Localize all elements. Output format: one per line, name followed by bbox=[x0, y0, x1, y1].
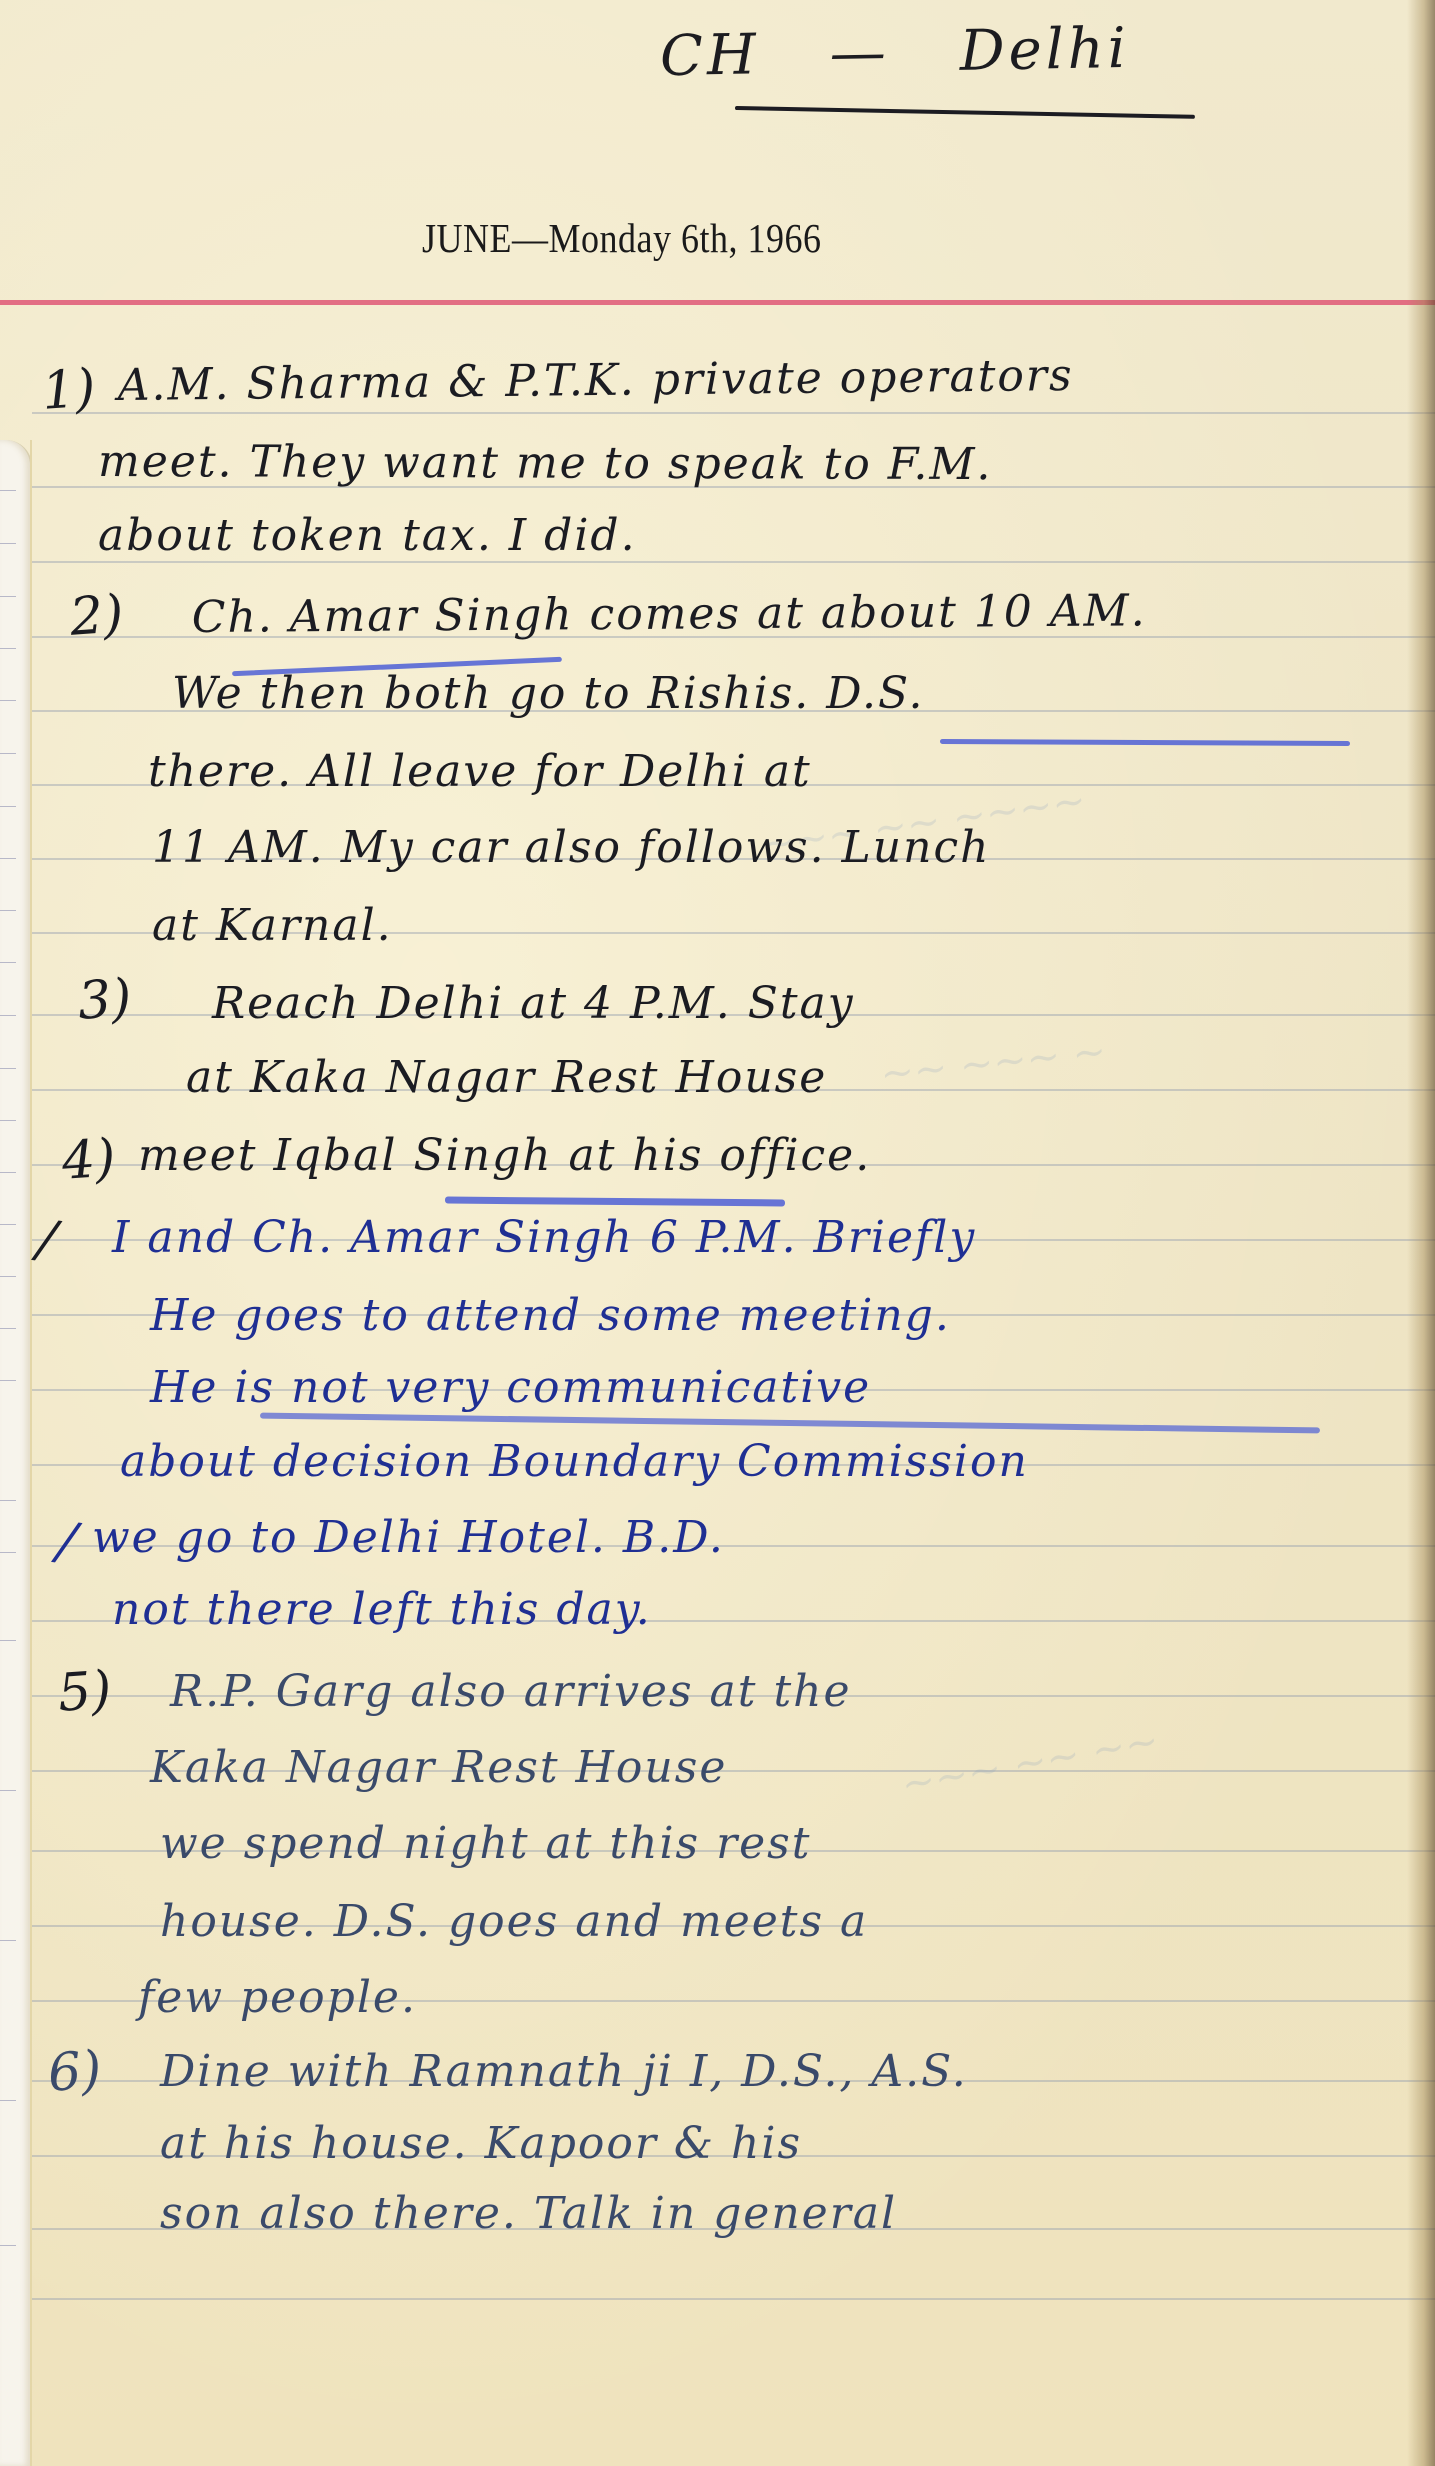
entry-3-line-1: Reach Delhi at 4 P.M. Stay bbox=[212, 978, 855, 1029]
entry-4-line-1: meet Iqbal Singh at his office. bbox=[138, 1130, 871, 1181]
entry-number: 1) bbox=[40, 358, 97, 422]
entry-5-line-1: R.P. Garg also arrives at the bbox=[170, 1666, 852, 1717]
blue-entry-line-4: about decision Boundary Commission bbox=[120, 1436, 1029, 1487]
entry-2-line-3: there. All leave for Delhi at bbox=[148, 746, 812, 797]
diary-entries: 1) A.M. Sharma & P.T.K. private operator… bbox=[0, 0, 1435, 2466]
entry-5-line-2: Kaka Nagar Rest House bbox=[150, 1742, 727, 1793]
entry-marker: / bbox=[34, 1209, 60, 1271]
blue-entry-line-1: I and Ch. Amar Singh 6 P.M. Briefly bbox=[112, 1212, 976, 1263]
entry-number: 4) bbox=[60, 1128, 117, 1192]
entry-5-line-5: few people. bbox=[138, 1972, 417, 2023]
entry-marker: / bbox=[54, 1511, 80, 1573]
entry-2-line-2: We then both go to Rishis. D.S. bbox=[172, 668, 925, 719]
entry-2-line-4: 11 AM. My car also follows. Lunch bbox=[152, 822, 990, 873]
entry-2-line-1: Ch. Amar Singh comes at about 10 AM. bbox=[192, 585, 1147, 643]
entry-6-line-2: at his house. Kapoor & his bbox=[160, 2118, 802, 2169]
entry-5-line-3: we spend night at this rest bbox=[160, 1818, 811, 1869]
entry-1-line-1: A.M. Sharma & P.T.K. private operators bbox=[117, 350, 1073, 411]
entry-6-line-1: Dine with Ramnath ji I, D.S., A.S. bbox=[160, 2046, 968, 2097]
underline-iqbal-singh bbox=[445, 1197, 785, 1207]
entry-5-line-4: house. D.S. goes and meets a bbox=[160, 1896, 868, 1947]
blue-entry-2-line-2: not there left this day. bbox=[112, 1584, 652, 1635]
underline-rishis bbox=[940, 739, 1350, 746]
entry-1-line-3: about token tax. I did. bbox=[98, 510, 637, 561]
entry-3-line-2: at Kaka Nagar Rest House bbox=[186, 1052, 827, 1103]
underline-not-very-communicative bbox=[260, 1413, 1320, 1434]
blue-entry-line-3: He is not very communicative bbox=[150, 1362, 871, 1413]
entry-2-line-5: at Karnal. bbox=[152, 900, 393, 951]
diary-page: CH—Delhi JUNE—Monday 6th, 1966 ~~~ ~~ ~~… bbox=[0, 0, 1435, 2466]
entry-1-line-2: meet. They want me to speak to F.M. bbox=[98, 436, 993, 490]
entry-number: 2) bbox=[68, 584, 125, 648]
entry-number: 3) bbox=[76, 968, 133, 1032]
blue-entry-line-2: He goes to attend some meeting. bbox=[150, 1290, 951, 1341]
entry-number: 6) bbox=[46, 2040, 103, 2104]
blue-entry-2-line-1: we go to Delhi Hotel. B.D. bbox=[92, 1512, 725, 1563]
entry-number: 5) bbox=[56, 1660, 113, 1724]
entry-6-line-3: son also there. Talk in general bbox=[160, 2188, 897, 2239]
